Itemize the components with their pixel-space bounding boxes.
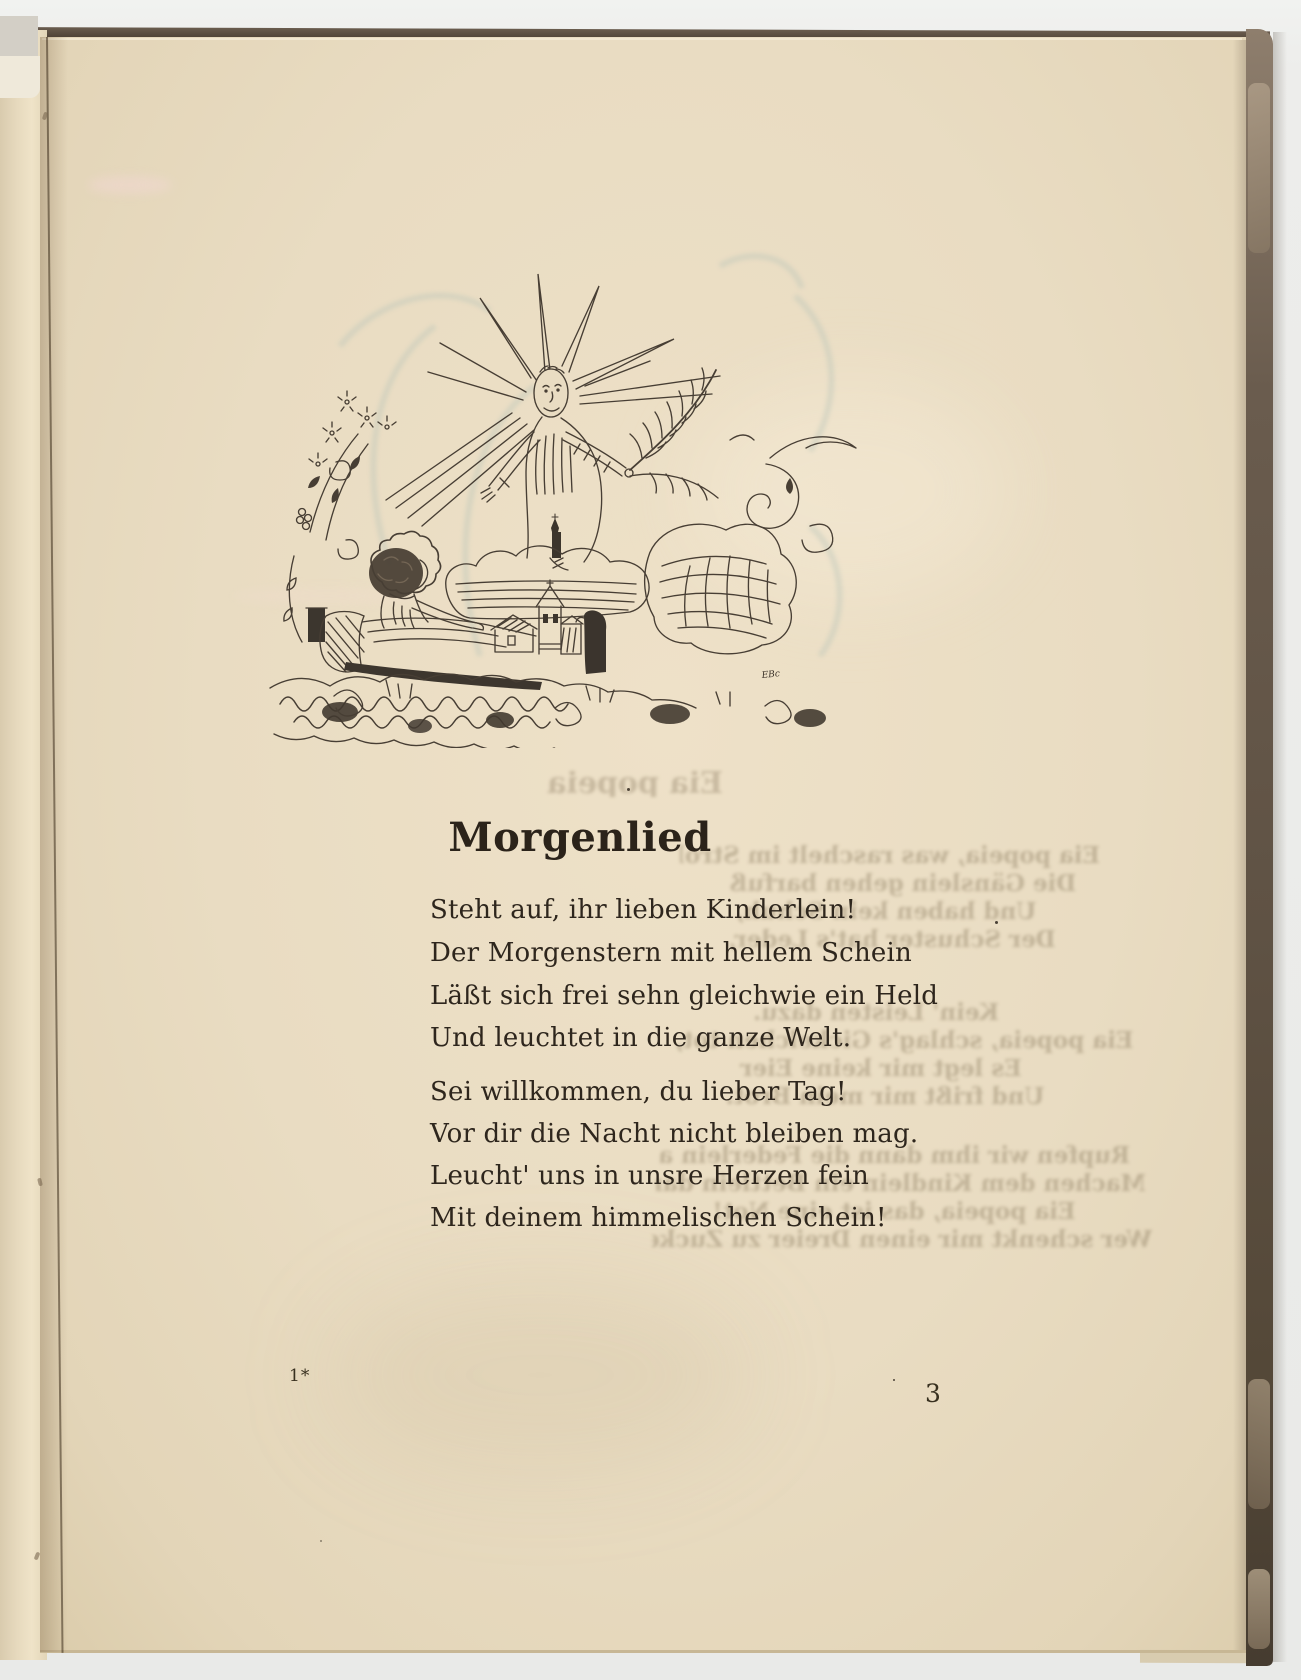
poem-line: Steht auf, ihr lieben Kinderlein! [430,895,856,926]
cover-cast-shadow [1273,32,1287,1662]
poem-line: Leucht' uns in unsre Herzen fein [430,1161,869,1192]
page-number: 3 [916,1379,950,1408]
cover-wear-patch [1248,83,1270,253]
signature-mark: 1* [289,1366,310,1386]
dust-speck [320,1540,322,1542]
paper-mottling [330,1280,750,1470]
dust-speck [893,1379,895,1381]
ghost-text-title: Eia popeia [470,771,800,797]
cover-wear-patch [1248,1379,1270,1509]
poem-line: Der Morgenstern mit hellem Schein [430,938,912,969]
book-cover-right-edge [1246,29,1273,1666]
page-cover-seam [1233,40,1246,1650]
pink-smudge [88,176,172,194]
poem-title: Morgenlied [400,816,760,860]
illustration-drawing: EBc [250,226,872,748]
poem-line: Und leuchtet in die ganze Welt. [430,1023,851,1054]
torn-corner-paper [0,56,40,98]
poem-line: Vor dir die Nacht nicht bleiben mag. [430,1119,918,1150]
book-page-scan: Eia popeia Eia popeia, was raschelt im S… [0,0,1301,1680]
page-top-edge [42,38,1242,40]
poem-line: Sei willkommen, du lieber Tag! [430,1077,847,1108]
ghost-text-line: Die Gänslein gehen barfuß [668,871,1138,897]
poem-line: Läßt sich frei sehn gleichwie ein Held [430,981,938,1012]
poem-line: Mit deinem himmelischen Schein! [430,1203,887,1234]
page-bottom-edge [40,1650,1246,1653]
cover-wear-patch [1248,1569,1270,1649]
artist-signature: EBc [760,669,780,681]
